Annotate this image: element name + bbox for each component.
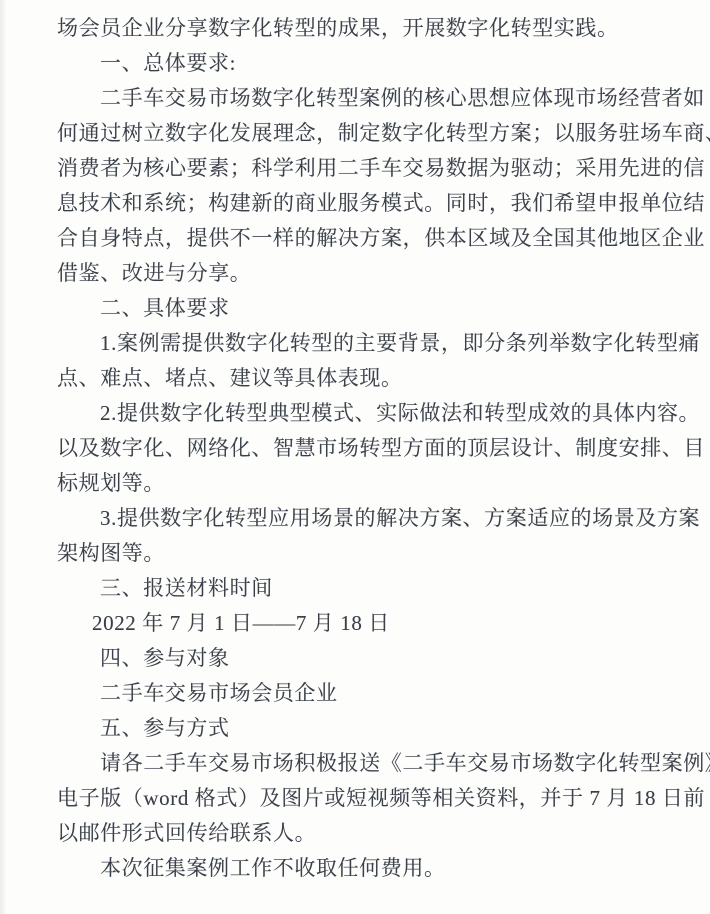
text-line: 以邮件形式回传给联系人。 <box>57 816 666 851</box>
text-line: 二手车交易市场会员企业 <box>57 676 666 711</box>
text-line: 3.提供数字化转型应用场景的解决方案、方案适应的场景及方案 <box>57 501 666 536</box>
text-line: 合自身特点，提供不一样的解决方案，供本区域及全国其他地区企业 <box>57 221 666 256</box>
text-line: 标规划等。 <box>57 466 666 501</box>
text-line: 四、参与对象 <box>57 641 666 676</box>
text-line: 架构图等。 <box>57 536 666 571</box>
text-line: 何通过树立数字化发展理念，制定数字化转型方案；以服务驻场车商、 <box>57 116 666 151</box>
text-line: 场会员企业分享数字化转型的成果，开展数字化转型实践。 <box>57 11 666 46</box>
text-line: 电子版（word 格式）及图片或短视频等相关资料，并于 7 月 18 日前 <box>57 781 666 816</box>
text-line: 本次征集案例工作不收取任何费用。 <box>57 851 666 886</box>
text-line: 三、报送材料时间 <box>57 571 666 606</box>
text-line: 五、参与方式 <box>57 711 666 746</box>
text-line: 2022 年 7 月 1 日——7 月 18 日 <box>57 606 666 641</box>
document-page: 场会员企业分享数字化转型的成果，开展数字化转型实践。一、总体要求:二手车交易市场… <box>0 0 710 914</box>
text-line: 二手车交易市场数字化转型案例的核心思想应体现市场经营者如 <box>57 81 666 116</box>
text-line: 息技术和系统；构建新的商业服务模式。同时，我们希望申报单位结 <box>57 186 666 221</box>
text-line: 借鉴、改进与分享。 <box>57 256 666 291</box>
text-line: 1.案例需提供数字化转型的主要背景，即分条列举数字化转型痛 <box>57 326 666 361</box>
text-line: 一、总体要求: <box>57 46 666 81</box>
scan-edge-shading <box>0 0 7 914</box>
text-line: 消费者为核心要素；科学利用二手车交易数据为驱动；采用先进的信 <box>57 151 666 186</box>
text-line: 请各二手车交易市场积极报送《二手车交易市场数字化转型案例》 <box>57 746 666 781</box>
text-line: 点、难点、堵点、建议等具体表现。 <box>57 361 666 396</box>
text-line: 以及数字化、网络化、智慧市场转型方面的顶层设计、制度安排、目 <box>57 431 666 466</box>
document-body: 场会员企业分享数字化转型的成果，开展数字化转型实践。一、总体要求:二手车交易市场… <box>57 11 666 886</box>
text-line: 二、具体要求 <box>57 291 666 326</box>
text-line: 2.提供数字化转型典型模式、实际做法和转型成效的具体内容。 <box>57 396 666 431</box>
